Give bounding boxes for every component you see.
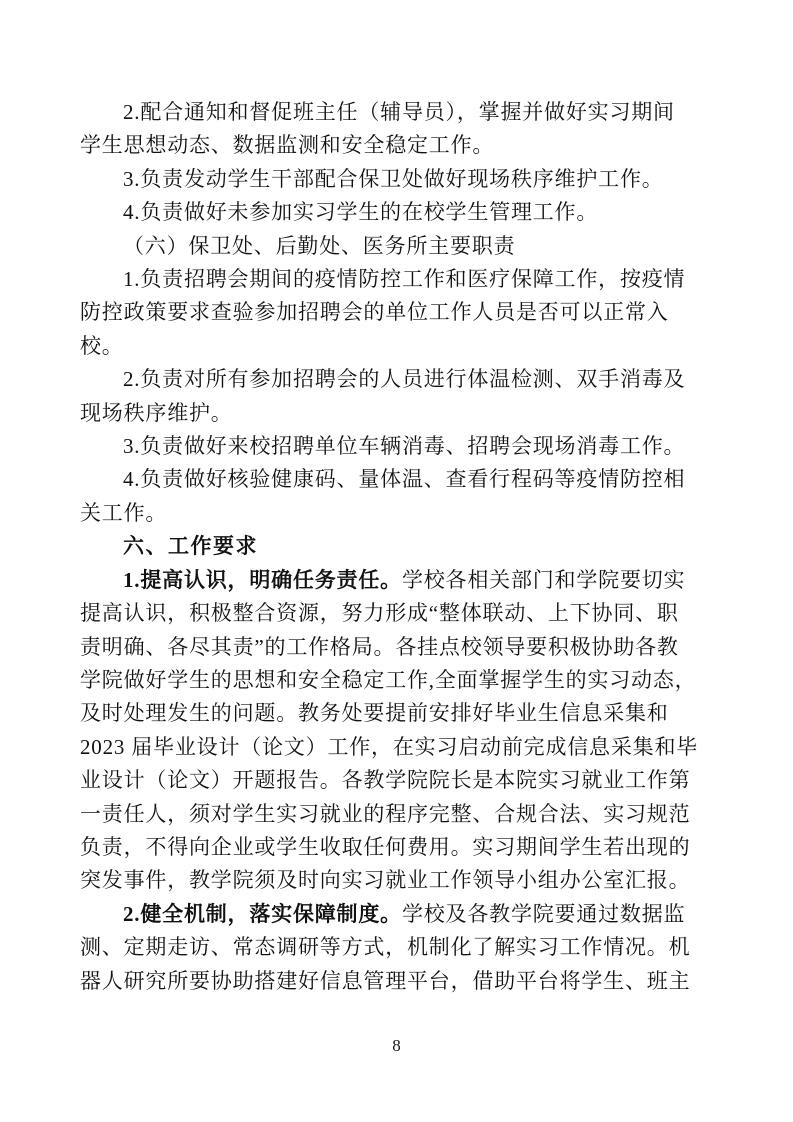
text-line: 防控政策要求查验参加招聘会的单位工作人员是否可以正常入 (80, 296, 717, 329)
text-line: 业设计（论文）开题报告。各教学院院长是本院实习就业工作第 (80, 764, 717, 797)
text-line: 测、定期走访、常态调研等方式，机制化了解实习工作情况。机 (80, 931, 717, 964)
text-line: 4.负责做好未参加实习学生的在校学生管理工作。 (80, 196, 717, 229)
line-text: 4.负责做好核验健康码、量体温、查看行程码等疫情防控相 (123, 467, 685, 491)
line-text: 及时处理发生的问题。教务处要提前安排好毕业生信息采集和 (80, 701, 669, 725)
text-line: 1.提高认识，明确任务责任。学校各相关部门和学院要切实 (80, 564, 717, 597)
line-text: 防控政策要求查验参加招聘会的单位工作人员是否可以正常入 (80, 300, 669, 324)
line-text: 2.负责对所有参加招聘会的人员进行体温检测、双手消毒及 (123, 367, 685, 391)
line-text: 关工作。 (80, 501, 167, 525)
text-line: 2.健全机制，落实保障制度。学校及各教学院要通过数据监 (80, 898, 717, 931)
line-text: 提高认识，积极整合资源，努力形成“整体联动、上下协同、职 (80, 601, 679, 625)
line-text: 1.负责招聘会期间的疫情防控工作和医疗保障工作，按疫情 (123, 267, 685, 291)
text-line: 关工作。 (80, 497, 717, 530)
text-line: 学院做好学生的思想和安全稳定工作,全面掌握学生的实习动态， (80, 664, 717, 697)
line-text: 突发事件，教学院须及时向实习就业工作领导小组办公室汇报。 (80, 868, 690, 892)
line-text: 器人研究所要协助搭建好信息管理平台，借助平台将学生、班主 (80, 969, 690, 993)
text-line: （六）保卫处、后勤处、医务所主要职责 (80, 230, 717, 263)
text-line: 2.配合通知和督促班主任（辅导员），掌握并做好实习期间 (80, 96, 717, 129)
text-line: 提高认识，积极整合资源，努力形成“整体联动、上下协同、职 (80, 597, 717, 630)
text-line: 4.负责做好核验健康码、量体温、查看行程码等疫情防控相 (80, 463, 717, 496)
line-text: 3.负责发动学生干部配合保卫处做好现场秩序维护工作。 (123, 167, 664, 191)
line-text: 负责，不得向企业或学生收取任何费用。实习期间学生若出现的 (80, 835, 690, 859)
line-text: 学校及各教学院要通过数据监 (402, 902, 685, 926)
text-line: 学生思想动态、数据监测和安全稳定工作。 (80, 129, 717, 162)
text-line: 3.负责发动学生干部配合保卫处做好现场秩序维护工作。 (80, 163, 717, 196)
line-text: 责明确、各尽其责”的工作格局。各挂点校领导要积极协助各教 (80, 635, 679, 659)
text-line: 3.负责做好来校招聘单位车辆消毒、招聘会现场消毒工作。 (80, 430, 717, 463)
line-text: 业设计（论文）开题报告。各教学院院长是本院实习就业工作第 (80, 768, 690, 792)
text-line: 2023 届毕业设计（论文）工作，在实习启动前完成信息采集和毕 (80, 731, 717, 764)
text-line: 校。 (80, 330, 717, 363)
line-text: 学院做好学生的思想和安全稳定工作,全面掌握学生的实习动态， (80, 668, 696, 692)
line-text: 一责任人，须对学生实习就业的程序完整、合规合法、实习规范 (80, 802, 690, 826)
line-text: 学生思想动态、数据监测和安全稳定工作。 (80, 133, 494, 157)
line-text: 校。 (80, 334, 124, 358)
line-text: （六）保卫处、后勤处、医务所主要职责 (123, 234, 515, 258)
text-line: 突发事件，教学院须及时向实习就业工作领导小组办公室汇报。 (80, 864, 717, 897)
text-line: 1.负责招聘会期间的疫情防控工作和医疗保障工作，按疫情 (80, 263, 717, 296)
line-text: 4.负责做好未参加实习学生的在校学生管理工作。 (123, 200, 598, 224)
text-line: 2.负责对所有参加招聘会的人员进行体温检测、双手消毒及 (80, 363, 717, 396)
document-page: 2.配合通知和督促班主任（辅导员），掌握并做好实习期间学生思想动态、数据监测和安… (0, 0, 793, 1122)
line-text: 现场秩序维护。 (80, 401, 233, 425)
bold-lead-text: 1.提高认识，明确任务责任。 (123, 568, 402, 592)
line-text: 六、工作要求 (123, 535, 258, 558)
text-line: 及时处理发生的问题。教务处要提前安排好毕业生信息采集和 (80, 697, 717, 730)
text-line: 责明确、各尽其责”的工作格局。各挂点校领导要积极协助各教 (80, 631, 717, 664)
text-line: 负责，不得向企业或学生收取任何费用。实习期间学生若出现的 (80, 831, 717, 864)
line-text: 学校各相关部门和学院要切实 (402, 568, 685, 592)
line-text: 2.配合通知和督促班主任（辅导员），掌握并做好实习期间 (123, 100, 675, 124)
text-line: 一责任人，须对学生实习就业的程序完整、合规合法、实习规范 (80, 798, 717, 831)
line-text: 2023 届毕业设计（论文）工作，在实习启动前完成信息采集和毕 (80, 735, 698, 759)
bold-lead-text: 2.健全机制，落实保障制度。 (123, 902, 402, 926)
line-text: 测、定期走访、常态调研等方式，机制化了解实习工作情况。机 (80, 935, 690, 959)
text-line: 器人研究所要协助搭建好信息管理平台，借助平台将学生、班主 (80, 965, 717, 998)
text-line: 现场秩序维护。 (80, 397, 717, 430)
page-number: 8 (0, 1036, 793, 1056)
document-body: 2.配合通知和督促班主任（辅导员），掌握并做好实习期间学生思想动态、数据监测和安… (80, 96, 717, 998)
line-text: 3.负责做好来校招聘单位车辆消毒、招聘会现场消毒工作。 (123, 434, 685, 458)
section-heading-line: 六、工作要求 (80, 530, 717, 563)
